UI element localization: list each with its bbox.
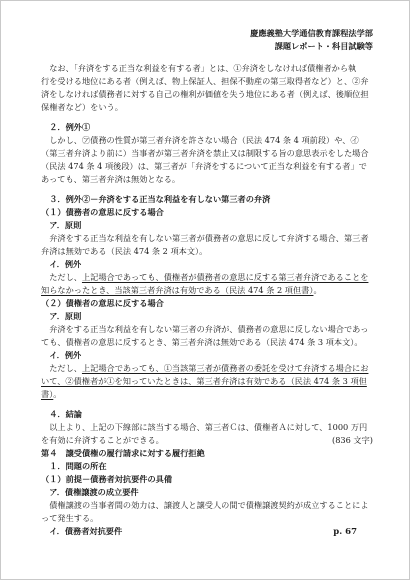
underlined-text: いて、②債権者が①を知っていたときは、第三者弁済は有効である（民法 474 条 … [41, 376, 367, 386]
heading-line: １．問題の所在 [41, 460, 373, 473]
text-line: ても、債権者の意思に反するとき、第三者弁済は無効である（民法 474 条 3 項… [41, 336, 373, 349]
text-line: 書）。 [41, 388, 373, 401]
heading-line: ３．例外②－弁済をする正当な利益を有しない第三者の弁済 [41, 193, 373, 206]
text-segment: （１）前提－債務者対抗要件の具備 [41, 474, 172, 484]
underlined-text: 書） [41, 389, 53, 399]
text-segment: イ．債務者対抗要件 [41, 526, 122, 536]
text-segment: 。 [53, 389, 61, 399]
text-segment: しかし、㋐債務の性質が第三者弁済を許さない場合（民法 474 条 4 項前段）や… [41, 135, 359, 145]
text-segment: って発生する。 [41, 513, 98, 523]
text-line: （第三者弁済より前に）当事者が第三者弁済を禁止又は制限する旨の意思表示をした場合 [41, 147, 373, 160]
header-report-line: 課題レポート・科目試験等 [41, 40, 373, 53]
text-line: 保権者など）をいう。 [41, 101, 373, 114]
heading-line: ア．債権譲渡の成立要件 [41, 486, 373, 499]
text-segment: ただし、 [41, 363, 82, 373]
text-segment: 債権譲渡の当事者間の効力は、譲渡人と譲受人の間で債権譲渡契約が成立することによ [41, 500, 369, 510]
text-line: ただし、上記場合であっても、①当該第三者が債務者の委託を受けて弁済する場合にお [41, 362, 373, 375]
text-segment: 行を受ける地位にある者（例えば、物上保証人、担保不動産の第三取得者など）と、②弁 [41, 76, 369, 86]
heading-line: （２）債権者の意思に反する場合 [41, 297, 373, 310]
text-line: 済をしなければ債務者に対する自己の権利が価値を失う地位にある者（例えば、後順位担 [41, 88, 373, 101]
text-line: しかし、㋐債務の性質が第三者弁済を許さない場合（民法 474 条 4 項前段）や… [41, 134, 373, 147]
text-line: （民法 474 条 4 項後段）は、第三者が「弁済をするについて正当な利益を有す… [41, 160, 373, 173]
heading-line: ア．原則 [41, 219, 373, 232]
heading-line: イ．例外 [41, 349, 373, 362]
text-line: 弁済をする正当な利益を有しない第三者が債務者の意思に反して弁済する場合、第三者 [41, 232, 373, 245]
text-segment: １．問題の所在 [41, 461, 107, 471]
text-line: 行を受ける地位にある者（例えば、物上保証人、担保不動産の第三取得者など）と、②弁 [41, 75, 373, 88]
text-segment: ア．債権譲渡の成立要件 [41, 487, 139, 497]
text-segment: （第三者弁済より前に）当事者が第三者弁済を禁止又は制限する旨の意思表示をした場合 [41, 148, 369, 158]
text-segment: 済をしなければ債務者に対する自己の権利が価値を失う地位にある者（例えば、後順位担 [41, 89, 369, 99]
text-segment: （民法 474 条 4 項後段）は、第三者が「弁済をするについて正当な利益を有す… [41, 161, 367, 171]
text-line: 債権譲渡の当事者間の効力は、譲渡人と譲受人の間で債権譲渡契約が成立することによ [41, 499, 373, 512]
text-segment: を有効に弁済することができる。 [41, 435, 164, 445]
spacer [41, 401, 373, 408]
spacer [41, 186, 373, 193]
text-segment: あっても、第三者弁済は無効となる。 [41, 174, 180, 184]
text-line: 以上より、上記の下線部に該当する場合、第三者Ｃは、債権者Ａに対して、1000 万… [41, 421, 373, 434]
page-number: p. 67 [333, 526, 357, 538]
text-line: 知らなかったとき、当該第三者弁済は有効である（民法 474 条 2 項但書）。 [41, 284, 373, 297]
text-segment: （１）債務者の意思に反する場合 [41, 207, 164, 217]
underlined-text: 知らなかったとき、当該第三者弁済は有効である（民法 474 条 2 項但書） [41, 285, 313, 295]
text-segment: 弁済をする正当な利益を有しない第三者が債務者の意思に反して弁済する場合、第三者 [41, 233, 369, 243]
heading-line: ２．例外① [41, 121, 373, 134]
document-page: 慶應義塾大学通信教育課程法学部 課題レポート・科目試験等 なお、「弁済をする正当… [0, 0, 410, 580]
heading-line: イ．例外 [41, 258, 373, 271]
heading-line: ４．結論 [41, 408, 373, 421]
text-segment: ても、債権者の意思に反するとき、第三者弁済は無効である（民法 474 条 3 項… [41, 337, 363, 347]
document-body: なお、「弁済をする正当な利益を有する者」とは、①弁済をしなければ債権者から執行を… [41, 62, 373, 538]
char-count: (836 文字) [332, 434, 373, 447]
document-content: 慶應義塾大学通信教育課程法学部 課題レポート・科目試験等 なお、「弁済をする正当… [41, 27, 373, 538]
text-segment: ３．例外②－弁済をする正当な利益を有しない第三者の弁済 [41, 194, 270, 204]
text-segment: ア．原則 [41, 311, 81, 321]
text-segment: 。 [313, 285, 321, 295]
text-segment: 保権者など）をいう。 [41, 102, 123, 112]
text-segment: なお、「弁済をする正当な利益を有する者」とは、①弁済をしなければ債権者から執 [41, 63, 356, 73]
text-line: って発生する。 [41, 512, 373, 525]
text-segment: 弁済をする正当な利益を有しない第三者の弁済が、債務者の意思に反しない場合であっ [41, 324, 368, 334]
header-faculty-line: 慶應義塾大学通信教育課程法学部 [41, 27, 373, 40]
heading-line: ア．原則 [41, 310, 373, 323]
text-segment: イ．例外 [41, 350, 81, 360]
text-segment: （２）債権者の意思に反する場合 [41, 298, 164, 308]
page-header: 慶應義塾大学通信教育課程法学部 課題レポート・科目試験等 [41, 27, 373, 53]
text-segment: ４．結論 [41, 409, 82, 419]
heading-line: 第４ 譲受債権の履行請求に対する履行拒絶 [41, 447, 373, 460]
text-segment: ただし、 [41, 272, 82, 282]
text-segment: 以上より、上記の下線部に該当する場合、第三者Ｃは、債権者Ａに対して、1000 万… [41, 422, 367, 432]
text-line: あっても、第三者弁済は無効となる。 [41, 173, 373, 186]
text-line: 弁済は無効である（民法 474 条 2 項本文）。 [41, 245, 373, 258]
text-segment: ア．原則 [41, 220, 81, 230]
heading-line: （１）前提－債務者対抗要件の具備 [41, 473, 373, 486]
spacer [41, 114, 373, 121]
heading-line: イ．債務者対抗要件 [41, 525, 373, 538]
text-line: なお、「弁済をする正当な利益を有する者」とは、①弁済をしなければ債権者から執 [41, 62, 373, 75]
text-line: を有効に弁済することができる。(836 文字) [41, 434, 373, 447]
underlined-text: 上記場合であっても、①当該第三者が債務者の委託を受けて弁済する場合にお [82, 363, 368, 373]
underlined-text: 上記場合であっても、債権者が債務者の意思に反する第三者弁済であることを [82, 272, 368, 282]
text-line: ただし、上記場合であっても、債権者が債務者の意思に反する第三者弁済であることを [41, 271, 373, 284]
text-segment: ２．例外① [41, 122, 90, 132]
heading-line: （１）債務者の意思に反する場合 [41, 206, 373, 219]
text-segment: 弁済は無効である（民法 474 条 2 項本文）。 [41, 246, 207, 256]
text-line: 弁済をする正当な利益を有しない第三者の弁済が、債務者の意思に反しない場合であっ [41, 323, 373, 336]
text-line: いて、②債権者が①を知っていたときは、第三者弁済は有効である（民法 474 条 … [41, 375, 373, 388]
text-segment: イ．例外 [41, 259, 81, 269]
text-segment: 第４ 譲受債権の履行請求に対する履行拒絶 [41, 448, 205, 458]
